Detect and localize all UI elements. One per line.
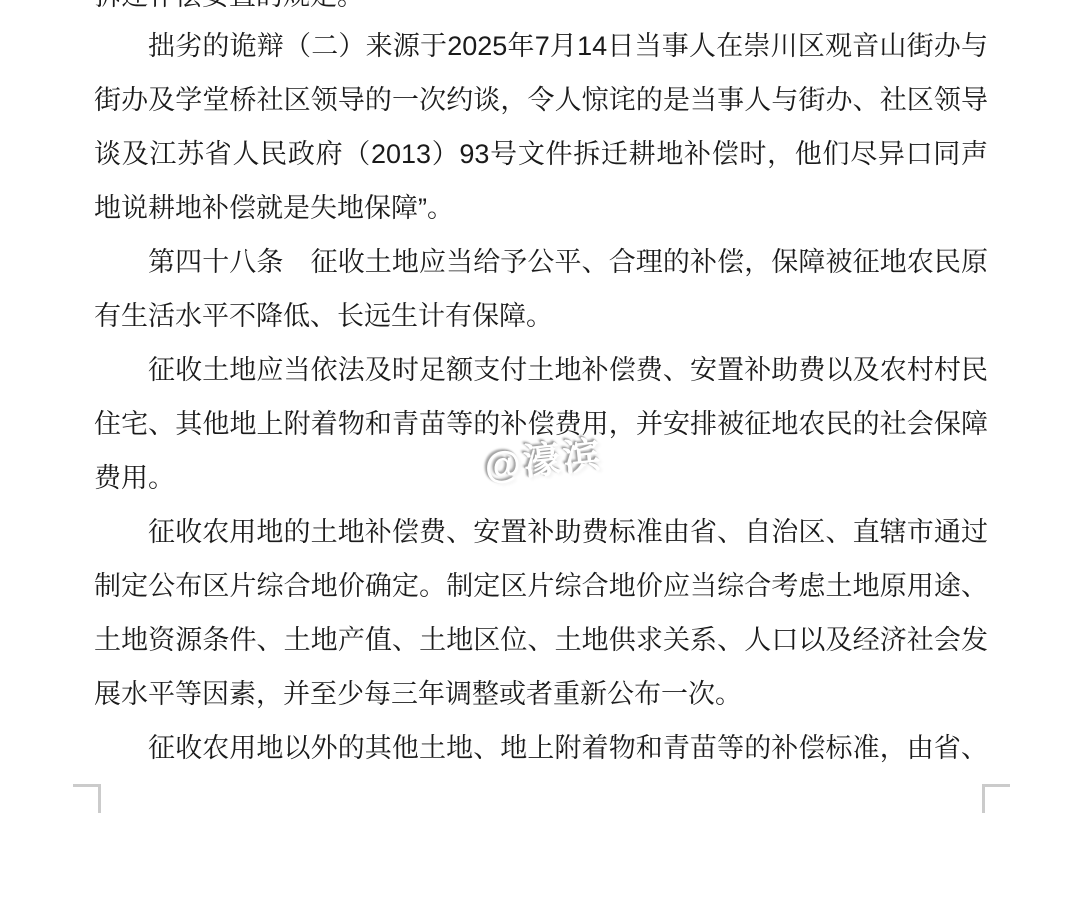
clipped-text-line: 拆迁补偿安置的规定。 <box>94 0 384 8</box>
text-line: 拙劣的诡辩（二）来源于2025年7月14日当事人在崇川区观音山街办与 <box>94 19 988 73</box>
text-line: 谈及江苏省人民政府（2013）93号文件拆迁耕地补偿时，他们尽异口同声 <box>94 127 988 181</box>
text-line: 制定公布区片综合地价确定。制定区片综合地价应当综合考虑土地原用途、 <box>94 559 988 613</box>
text-line: 街办及学堂桥社区领导的一次约谈，令人惊诧的是当事人与街办、社区领导 <box>94 73 988 127</box>
text-line: 征收农用地的土地补偿费、安置补助费标准由省、自治区、直辖市通过 <box>94 505 988 559</box>
text-line: 征收土地应当依法及时足额支付土地补偿费、安置补助费以及农村村民 <box>94 343 988 397</box>
crop-mark-bottom-left <box>73 784 101 813</box>
text-line: 地说耕地补偿就是失地保障”。 <box>94 181 988 235</box>
text-line: 展水平等因素，并至少每三年调整或者重新公布一次。 <box>94 667 988 721</box>
crop-mark-bottom-right <box>982 784 1010 813</box>
document-page: 拆迁补偿安置的规定。 拙劣的诡辩（二）来源于2025年7月14日当事人在崇川区观… <box>0 0 1080 905</box>
clipped-text: 拆迁补偿安置的规定。 <box>94 0 384 8</box>
text-line: 第四十八条 征收土地应当给予公平、合理的补偿，保障被征地农民原 <box>94 235 988 289</box>
document-body: 拙劣的诡辩（二）来源于2025年7月14日当事人在崇川区观音山街办与街办及学堂桥… <box>94 19 988 775</box>
text-line: 土地资源条件、土地产值、土地区位、土地供求关系、人口以及经济社会发 <box>94 613 988 667</box>
text-line: 征收农用地以外的其他土地、地上附着物和青苗等的补偿标准，由省、 <box>94 721 988 775</box>
text-line: 有生活水平不降低、长远生计有保障。 <box>94 289 988 343</box>
